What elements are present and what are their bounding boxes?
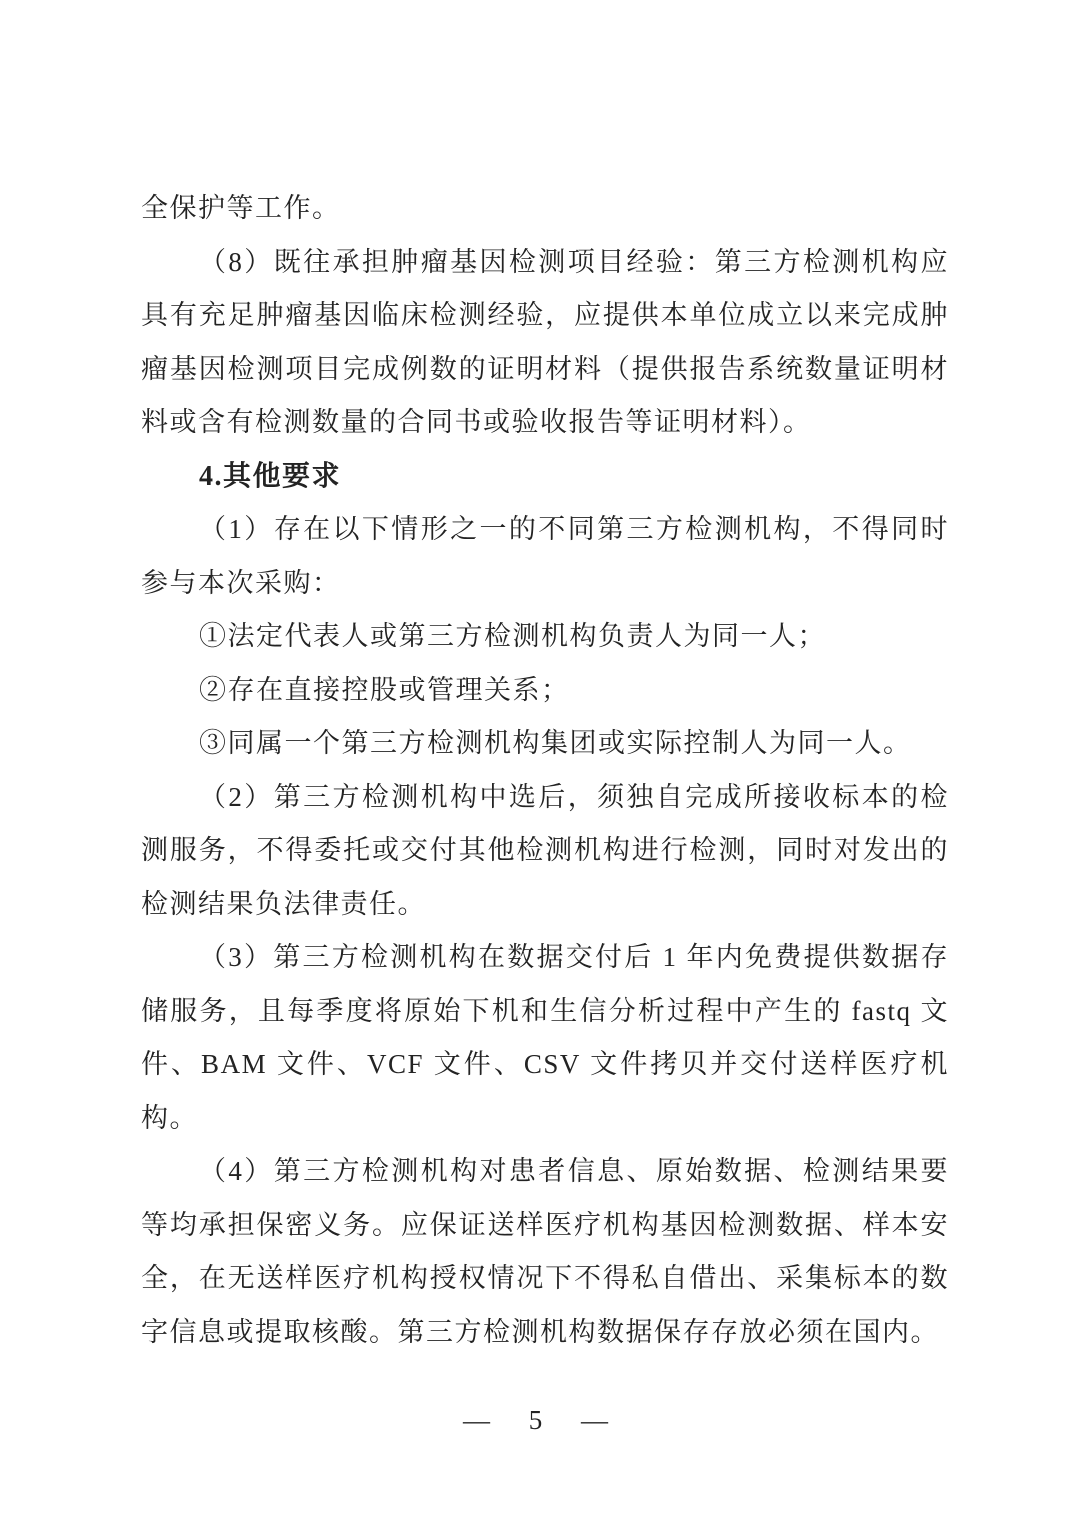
- paragraph-item-2-independent-testing: （2）第三方检测机构中选后，须独自完成所接收标本的检测服务，不得委托或交付其他检…: [141, 771, 949, 932]
- page-footer: — 5 —: [0, 1405, 1080, 1436]
- paragraph-item-8-experience: （8）既往承担肿瘤基因检测项目经验：第三方检测机构应具有充足肿瘤基因临床检测经验…: [141, 236, 949, 450]
- page-number: — 5 —: [463, 1405, 617, 1435]
- section-heading-other-requirements: 4.其他要求: [141, 450, 949, 504]
- list-item-circled-3-same-group: ③同属一个第三方检测机构集团或实际控制人为同一人。: [141, 717, 949, 771]
- document-body: 全保护等工作。 （8）既往承担肿瘤基因检测项目经验：第三方检测机构应具有充足肿瘤…: [141, 182, 949, 1359]
- paragraph-item-4-confidentiality: （4）第三方检测机构对患者信息、原始数据、检测结果要等均承担保密义务。应保证送样…: [141, 1145, 949, 1359]
- paragraph-item-1-conflict-conditions: （1）存在以下情形之一的不同第三方检测机构，不得同时参与本次采购：: [141, 503, 949, 610]
- paragraph-item-3-data-storage: （3）第三方检测机构在数据交付后 1 年内免费提供数据存储服务，且每季度将原始下…: [141, 931, 949, 1145]
- paragraph-continuation: 全保护等工作。: [141, 182, 949, 236]
- list-item-circled-2-holding-relationship: ②存在直接控股或管理关系；: [141, 664, 949, 718]
- list-item-circled-1-legal-representative: ①法定代表人或第三方检测机构负责人为同一人；: [141, 610, 949, 664]
- document-page: 全保护等工作。 （8）既往承担肿瘤基因检测项目经验：第三方检测机构应具有充足肿瘤…: [0, 0, 1080, 1527]
